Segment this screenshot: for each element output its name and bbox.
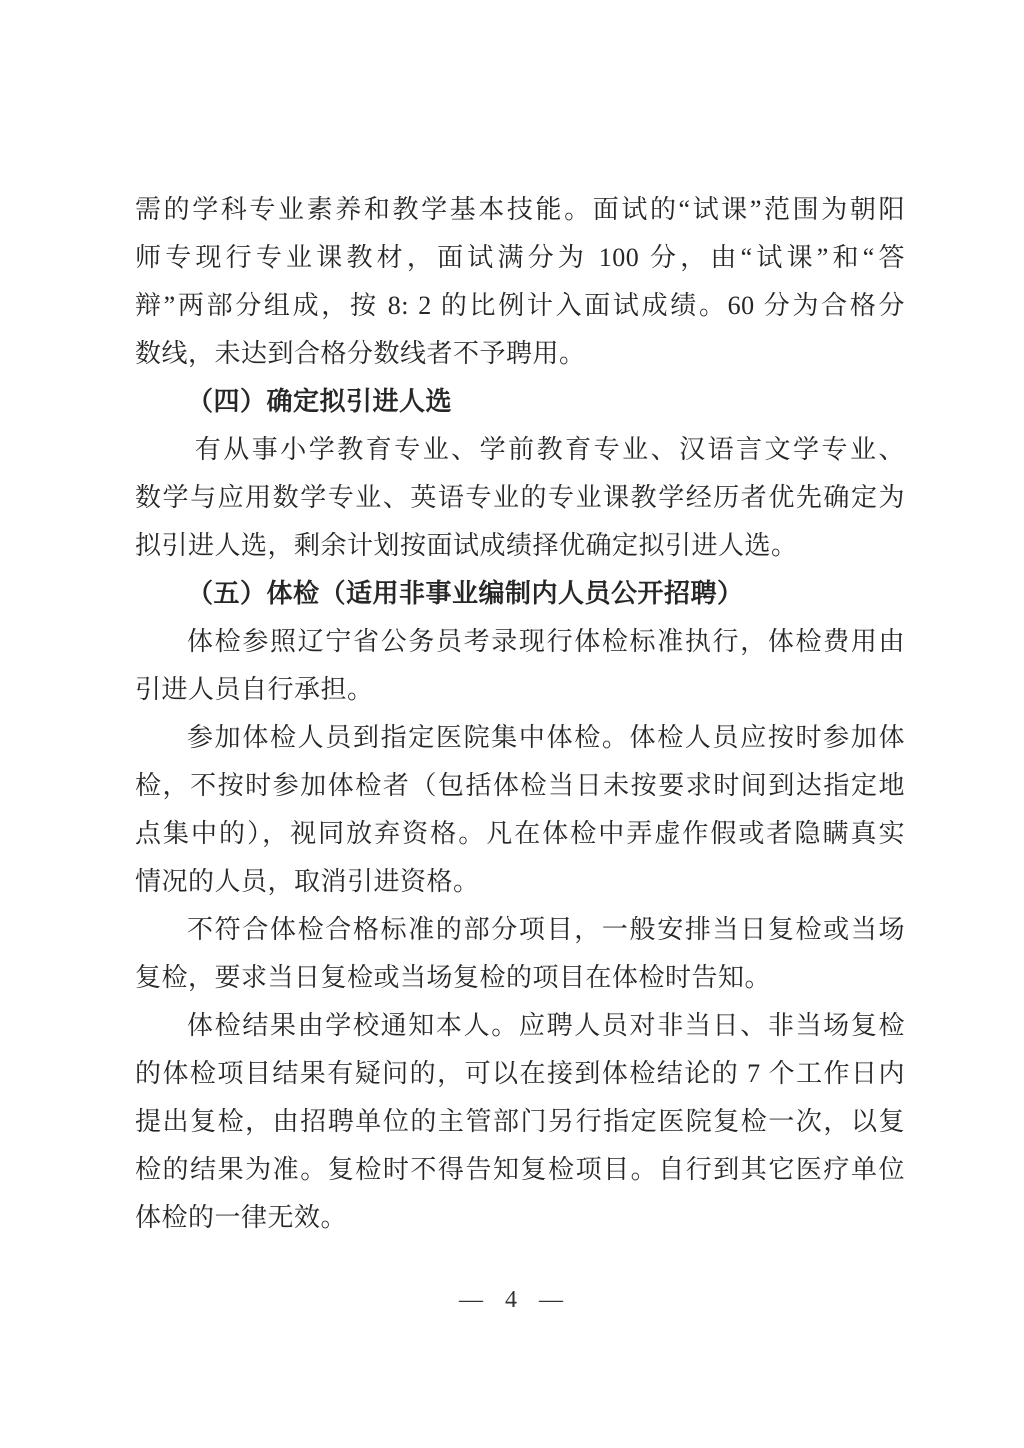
text-line: 有从事小学教育专业、学前教育专业、汉语言文学专业、 bbox=[135, 426, 905, 474]
text-line: 拟引进人选，剩余计划按面试成绩择优确定拟引进人选。 bbox=[135, 522, 905, 570]
text-line: 体检结果由学校通知本人。应聘人员对非当日、非当场复检 bbox=[135, 1002, 905, 1050]
text-line: 需的学科专业素养和教学基本技能。面试的“试课”范围为朝阳 bbox=[135, 186, 905, 234]
text-line: 提出复检，由招聘单位的主管部门另行指定医院复检一次，以复 bbox=[135, 1098, 905, 1146]
page-number: — 4 — bbox=[459, 1287, 565, 1313]
paragraph-candidate-selection: 有从事小学教育专业、学前教育专业、汉语言文学专业、 数学与应用数学专业、英语专业… bbox=[135, 426, 905, 570]
text-line: 的体检项目结果有疑问的，可以在接到体检结论的 7 个工作日内 bbox=[135, 1050, 905, 1098]
text-line: 体检参照辽宁省公务员考录现行体检标准执行，体检费用由 bbox=[135, 618, 905, 666]
text-line: 体检的一律无效。 bbox=[135, 1194, 905, 1242]
text-line: 检，不按时参加体检者（包括体检当日未按要求时间到达指定地 bbox=[135, 762, 905, 810]
document-page: 需的学科专业素养和教学基本技能。面试的“试课”范围为朝阳 师专现行专业课教材，面… bbox=[0, 0, 1024, 1448]
section-heading-4: （四）确定拟引进人选 bbox=[135, 378, 905, 426]
text-line: 情况的人员，取消引进资格。 bbox=[135, 858, 905, 906]
text-line: 师专现行专业课教材，面试满分为 100 分，由“试课”和“答 bbox=[135, 234, 905, 282]
text-line: 检的结果为准。复检时不得告知复检项目。自行到其它医疗单位 bbox=[135, 1146, 905, 1194]
paragraph-interview-scoring: 需的学科专业素养和教学基本技能。面试的“试课”范围为朝阳 师专现行专业课教材，面… bbox=[135, 186, 905, 378]
text-line: 辩”两部分组成，按 8: 2 的比例计入面试成绩。60 分为合格分 bbox=[135, 282, 905, 330]
paragraph-physical-exam-standard: 体检参照辽宁省公务员考录现行体检标准执行，体检费用由 引进人员自行承担。 bbox=[135, 618, 905, 714]
section-heading-5: （五）体检（适用非事业编制内人员公开招聘） bbox=[135, 570, 905, 618]
text-line: 数学与应用数学专业、英语专业的专业课教学经历者优先确定为 bbox=[135, 474, 905, 522]
page-footer: — 4 — bbox=[0, 1280, 1024, 1320]
text-line: 引进人员自行承担。 bbox=[135, 666, 905, 714]
text-line: 参加体检人员到指定医院集中体检。体检人员应按时参加体 bbox=[135, 714, 905, 762]
paragraph-recheck-sameday: 不符合体检合格标准的部分项目，一般安排当日复检或当场 复检，要求当日复检或当场复… bbox=[135, 906, 905, 1002]
paragraph-exam-attendance: 参加体检人员到指定医院集中体检。体检人员应按时参加体 检，不按时参加体检者（包括… bbox=[135, 714, 905, 906]
text-line: 点集中的），视同放弃资格。凡在体检中弄虚作假或者隐瞒真实 bbox=[135, 810, 905, 858]
text-line: 数线，未达到合格分数线者不予聘用。 bbox=[135, 330, 905, 378]
document-content: 需的学科专业素养和教学基本技能。面试的“试课”范围为朝阳 师专现行专业课教材，面… bbox=[135, 186, 905, 1242]
text-line: 复检，要求当日复检或当场复检的项目在体检时告知。 bbox=[135, 954, 905, 1002]
paragraph-result-notification: 体检结果由学校通知本人。应聘人员对非当日、非当场复检 的体检项目结果有疑问的，可… bbox=[135, 1002, 905, 1242]
text-line: 不符合体检合格标准的部分项目，一般安排当日复检或当场 bbox=[135, 906, 905, 954]
